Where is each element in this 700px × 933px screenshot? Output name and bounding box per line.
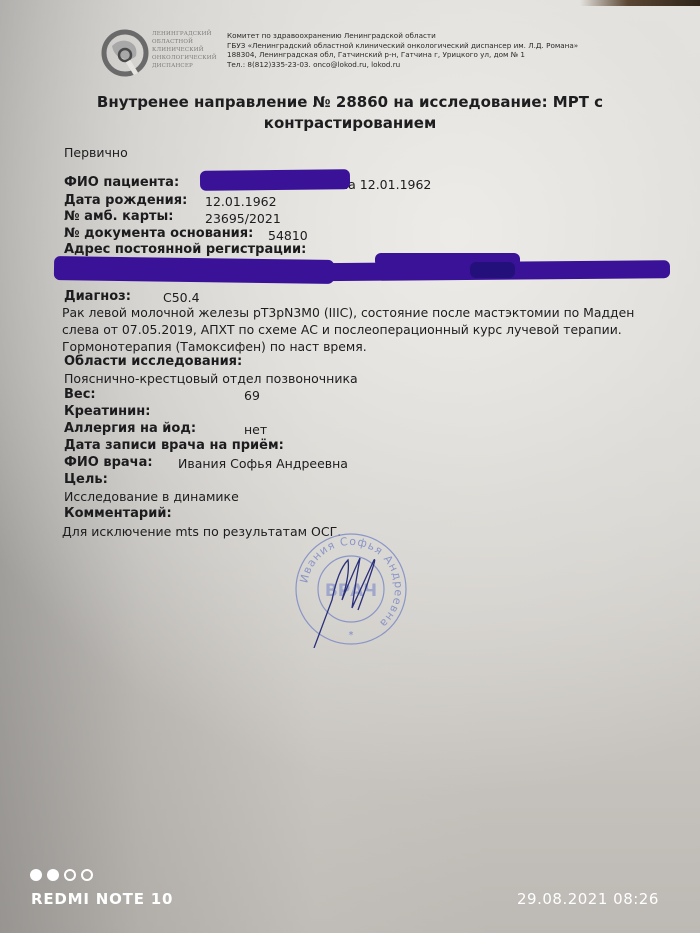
- title-line-1: Внутренее направление № 28860 на исследо…: [60, 92, 640, 113]
- diagnosis-text: Рак левой молочной железы pT3pN3M0 (IIIC…: [62, 304, 634, 355]
- document-title: Внутренее направление № 28860 на исследо…: [60, 92, 640, 134]
- letterhead-line: Комитет по здравоохранению Ленинградской…: [227, 31, 578, 41]
- dot-filled-icon: [47, 869, 59, 881]
- doc-number-value: 54810: [268, 228, 308, 243]
- diagnosis-code: C50.4: [163, 290, 200, 305]
- study-area-label: Области исследования:: [64, 354, 242, 370]
- logo-line: КЛИНИЧЕСКИЙ: [152, 46, 217, 54]
- logo-line: ДИСПАНСЕР: [152, 62, 217, 70]
- dot-filled-icon: [30, 869, 42, 881]
- address-label: Адрес постоянной регистрации:: [64, 242, 306, 258]
- letterhead-line: ГБУЗ «Ленинградский областной клинически…: [227, 41, 578, 51]
- appointment-date-label: Дата записи врача на приём:: [64, 438, 284, 454]
- diagnosis-line: Рак левой молочной железы pT3pN3M0 (IIIC…: [62, 304, 634, 321]
- letterhead-info: Комитет по здравоохранению Ленинградской…: [227, 31, 578, 69]
- title-line-2: контрастированием: [60, 113, 640, 134]
- study-area-value: Пояснично-крестцовый отдел позвоночника: [64, 371, 358, 386]
- doctor-stamp-icon: Ивания Софья Андреевна ВРАЧ *: [292, 530, 410, 648]
- weight-label: Вес:: [64, 387, 96, 403]
- letterhead-line: 188304, Ленинградская обл, Гатчинский р-…: [227, 50, 578, 60]
- diagnosis-label: Диагноз:: [64, 289, 131, 305]
- doctor-name: Ивания Софья Андреевна: [178, 456, 348, 471]
- camera-lens-dots-icon: [30, 866, 98, 885]
- logo-line: ОНКОЛОГИЧЕСКИЙ: [152, 54, 217, 62]
- diagnosis-line: слева от 07.05.2019, АПХТ по схеме АС и …: [62, 321, 634, 338]
- logo-line: ЛЕНИНГРАДСКИЙ: [152, 30, 217, 38]
- referral-status: Первично: [64, 145, 128, 161]
- camera-timestamp: 29.08.2021 08:26: [517, 890, 659, 908]
- logo-text: ЛЕНИНГРАДСКИЙ ОБЛАСТНОЙ КЛИНИЧЕСКИЙ ОНКО…: [152, 30, 217, 70]
- logo-line: ОБЛАСТНОЙ: [152, 38, 217, 46]
- doc-number-label: № документа основания:: [64, 226, 253, 242]
- redaction-mark: [470, 262, 515, 278]
- dispensary-logo-icon: [100, 28, 150, 78]
- iodine-allergy-value: нет: [244, 422, 267, 437]
- patient-name-label: ФИО пациента:: [64, 175, 179, 191]
- doctor-label: ФИО врача:: [64, 455, 153, 471]
- iodine-allergy-label: Аллергия на йод:: [64, 421, 196, 437]
- camera-device-label: REDMI NOTE 10: [31, 890, 173, 908]
- svg-text:*: *: [349, 630, 354, 641]
- weight-value: 69: [244, 388, 260, 403]
- redaction-mark: [200, 169, 350, 191]
- dot-empty-icon: [64, 869, 76, 881]
- dot-empty-icon: [81, 869, 93, 881]
- card-number-value: 23695/2021: [205, 211, 281, 226]
- letterhead-line: Тел.: 8(812)335-23-03. onco@lokod.ru, lo…: [227, 60, 578, 70]
- document: ЛЕНИНГРАДСКИЙ ОБЛАСТНОЙ КЛИНИЧЕСКИЙ ОНКО…: [0, 0, 700, 933]
- goal-label: Цель:: [64, 472, 108, 488]
- diagnosis-line: Гормонотерапия (Тамоксифен) по наст врем…: [62, 338, 634, 355]
- comment-label: Комментарий:: [64, 506, 172, 522]
- card-number-label: № амб. карты:: [64, 209, 174, 225]
- patient-name-suffix: на 12.01.1962: [340, 177, 431, 192]
- birth-date-label: Дата рождения:: [64, 193, 187, 209]
- birth-date-value: 12.01.1962: [205, 194, 277, 209]
- goal-value: Исследование в динамике: [64, 489, 239, 504]
- creatinine-label: Креатинин:: [64, 404, 150, 420]
